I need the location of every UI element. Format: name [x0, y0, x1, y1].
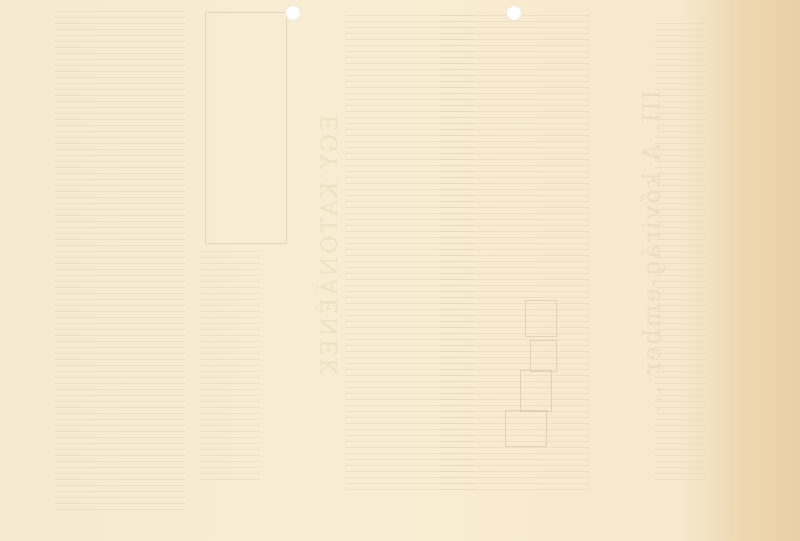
bleed-illustration-frame	[205, 12, 287, 244]
bleed-diagram	[530, 340, 557, 372]
bleed-diagram	[505, 410, 547, 447]
bleed-text-column	[55, 10, 185, 510]
punch-hole	[285, 5, 301, 21]
punch-hole	[506, 5, 522, 21]
bleed-diagram	[520, 370, 552, 412]
bleed-text-column	[200, 250, 260, 480]
scanned-page: EGY KATONÁÉNEK III. A kővirág-ember ...	[0, 0, 800, 541]
bleed-through-title: EGY KATONÁÉNEK	[318, 115, 343, 378]
bleed-diagram	[525, 300, 557, 337]
bleed-through-heading: III. A kővirág-ember ...	[638, 90, 666, 415]
